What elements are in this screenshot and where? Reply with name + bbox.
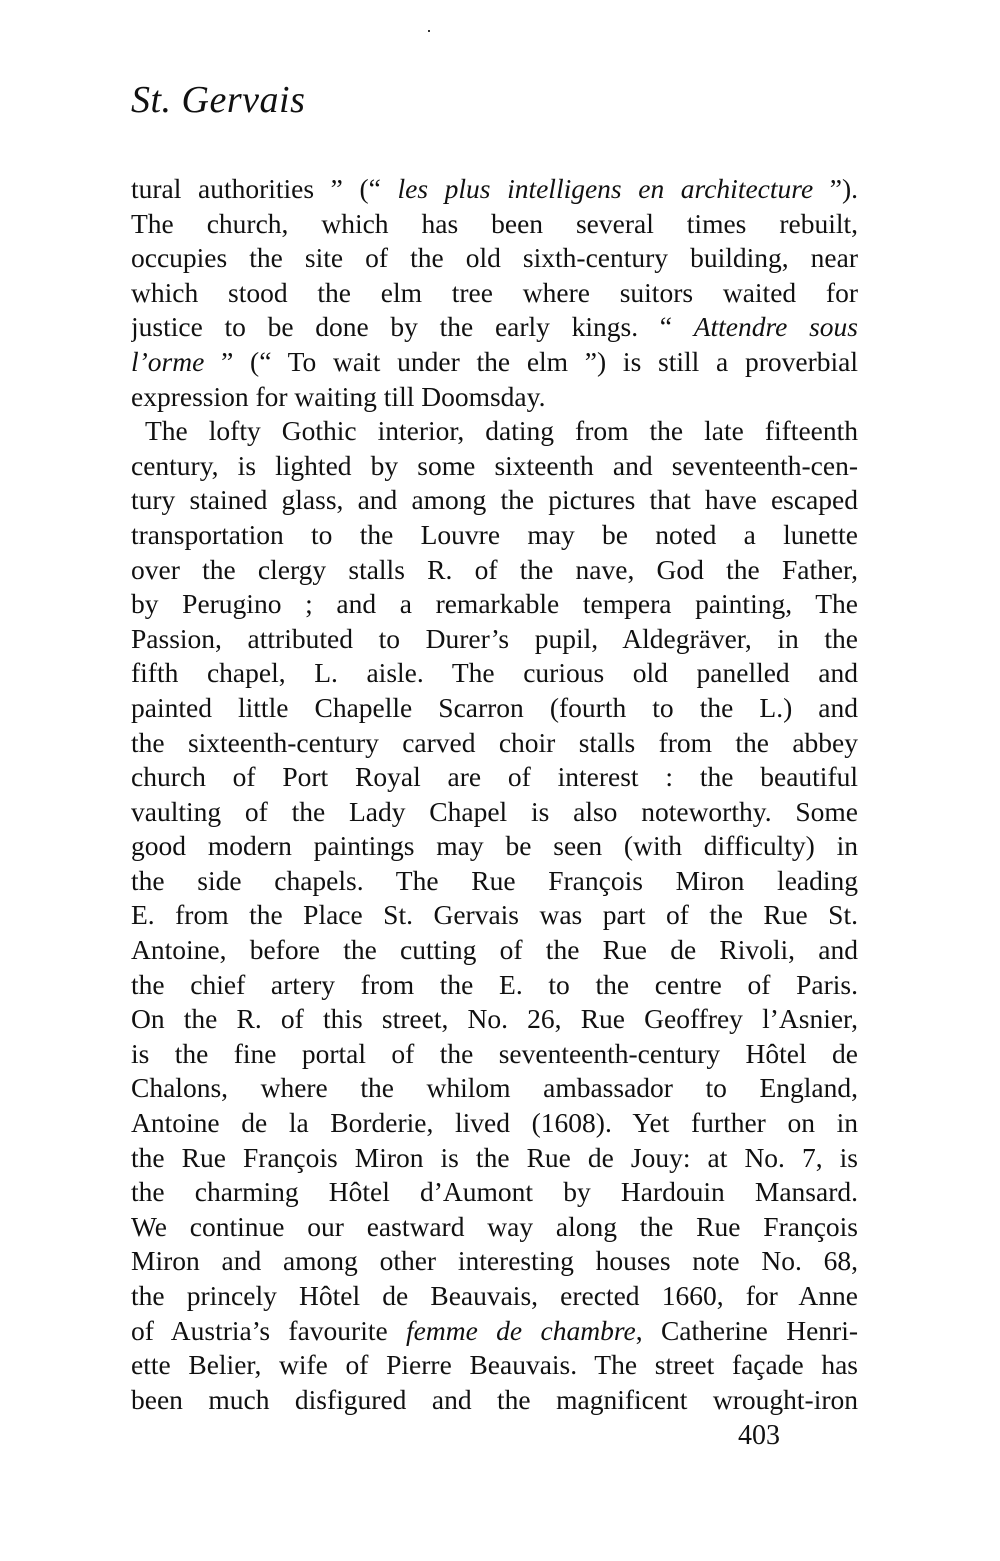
text-run: The lofty Gothic interior, dating from t… xyxy=(145,415,858,446)
text-run: is the fine portal of the seventeenth-ce… xyxy=(131,1038,858,1069)
text-run: over the clergy stalls R. of the nave, G… xyxy=(131,554,858,585)
text-run: transportation to the Louvre may be note… xyxy=(131,519,858,550)
text-line: occupies the site of the old sixth-centu… xyxy=(131,241,858,276)
text-line: transportation to the Louvre may be note… xyxy=(131,518,858,553)
text-line: Antoine de la Borderie, lived (1608). Ye… xyxy=(131,1106,858,1141)
text-line: Passion, attributed to Durer’s pupil, Al… xyxy=(131,622,858,657)
text-run: Chalons, where the whilom ambassador to … xyxy=(131,1072,858,1103)
text-line: church of Port Royal are of interest : t… xyxy=(131,760,858,795)
text-line: of Austria’s favourite femme de chambre,… xyxy=(131,1314,858,1349)
text-line: the princely Hôtel de Beauvais, erected … xyxy=(131,1279,858,1314)
text-line: l’orme ” (“ To wait under the elm ”) is … xyxy=(131,345,858,380)
text-line: good modern paintings may be seen (with … xyxy=(131,829,858,864)
text-run: church of Port Royal are of interest : t… xyxy=(131,761,858,792)
text-line: been much disfigured and the magnificent… xyxy=(131,1383,858,1418)
text-run: The church, which has been several times… xyxy=(131,208,858,239)
text-run: the Rue François Miron is the Rue de Jou… xyxy=(131,1142,858,1173)
text-line: the side chapels. The Rue François Miron… xyxy=(131,864,858,899)
text-run: On the R. of this street, No. 26, Rue Ge… xyxy=(131,1003,858,1034)
text-run: , Catherine Henri- xyxy=(636,1315,858,1346)
text-run: the charming Hôtel d’Aumont by Hardouin … xyxy=(131,1176,858,1207)
text-line: fifth chapel, L. aisle. The curious old … xyxy=(131,656,858,691)
text-run: which stood the elm tree where suitors w… xyxy=(131,277,858,308)
text-line: tural authorities ” (“ les plus intellig… xyxy=(131,172,858,207)
text-run: Antoine, before the cutting of the Rue d… xyxy=(131,934,858,965)
text-line: tury stained glass, and among the pictur… xyxy=(131,483,858,518)
text-line: which stood the elm tree where suitors w… xyxy=(131,276,858,311)
text-run: fifth chapel, L. aisle. The curious old … xyxy=(131,657,858,688)
text-run: tury stained glass, and among the pictur… xyxy=(131,484,858,515)
text-run: the sixteenth-century carved choir stall… xyxy=(131,727,858,758)
text-run: expression for waiting till Doomsday. xyxy=(131,381,545,412)
text-line: ette Belier, wife of Pierre Beauvais. Th… xyxy=(131,1348,858,1383)
text-run: of Austria’s favourite xyxy=(131,1315,406,1346)
running-head: St. Gervais xyxy=(131,78,305,122)
text-line: the chief artery from the E. to the cent… xyxy=(131,968,858,1003)
text-line: is the fine portal of the seventeenth-ce… xyxy=(131,1037,858,1072)
italic-phrase: l’orme xyxy=(131,346,204,377)
text-run: ette Belier, wife of Pierre Beauvais. Th… xyxy=(131,1349,858,1380)
scan-speck xyxy=(428,30,430,32)
text-run: painted little Chapelle Scarron (fourth … xyxy=(131,692,858,723)
text-run: occupies the site of the old sixth-centu… xyxy=(131,242,858,273)
text-run: Antoine de la Borderie, lived (1608). Ye… xyxy=(131,1107,858,1138)
italic-phrase: Attendre sous xyxy=(694,311,858,342)
text-line: the Rue François Miron is the Rue de Jou… xyxy=(131,1141,858,1176)
text-run: the princely Hôtel de Beauvais, erected … xyxy=(131,1280,858,1311)
text-line: by Perugino ; and a remarkable tempera p… xyxy=(131,587,858,622)
text-run: E. from the Place St. Gervais was part o… xyxy=(131,899,858,930)
page-number: 403 xyxy=(738,1420,780,1452)
text-line: The lofty Gothic interior, dating from t… xyxy=(131,414,858,449)
text-run: been much disfigured and the magnificent… xyxy=(131,1384,858,1415)
italic-phrase: les plus intelligens en architecture xyxy=(397,173,813,204)
text-run: justice to be done by the early kings. “ xyxy=(131,311,694,342)
text-line: Antoine, before the cutting of the Rue d… xyxy=(131,933,858,968)
text-line: over the clergy stalls R. of the nave, G… xyxy=(131,553,858,588)
text-run: ”). xyxy=(813,173,858,204)
text-line: justice to be done by the early kings. “… xyxy=(131,310,858,345)
text-run: Miron and among other interesting houses… xyxy=(131,1245,858,1276)
text-line: On the R. of this street, No. 26, Rue Ge… xyxy=(131,1002,858,1037)
text-run: the chief artery from the E. to the cent… xyxy=(131,969,858,1000)
text-run: century, is lighted by some sixteenth an… xyxy=(131,450,858,481)
text-line: century, is lighted by some sixteenth an… xyxy=(131,449,858,484)
text-line: painted little Chapelle Scarron (fourth … xyxy=(131,691,858,726)
text-run: Passion, attributed to Durer’s pupil, Al… xyxy=(131,623,858,654)
text-line: the sixteenth-century carved choir stall… xyxy=(131,726,858,761)
text-line: the charming Hôtel d’Aumont by Hardouin … xyxy=(131,1175,858,1210)
text-line: expression for waiting till Doomsday. xyxy=(131,380,858,415)
body-text: tural authorities ” (“ les plus intellig… xyxy=(131,172,858,1417)
text-line: The church, which has been several times… xyxy=(131,207,858,242)
text-line: E. from the Place St. Gervais was part o… xyxy=(131,898,858,933)
text-run: good modern paintings may be seen (with … xyxy=(131,830,858,861)
text-line: Chalons, where the whilom ambassador to … xyxy=(131,1071,858,1106)
text-line: Miron and among other interesting houses… xyxy=(131,1244,858,1279)
text-run: by Perugino ; and a remarkable tempera p… xyxy=(131,588,858,619)
text-run: ” (“ To wait under the elm ”) is still a… xyxy=(204,346,858,377)
text-run: We continue our eastward way along the R… xyxy=(131,1211,858,1242)
text-run: tural authorities ” (“ xyxy=(131,173,397,204)
text-run: vaulting of the Lady Chapel is also note… xyxy=(131,796,858,827)
text-line: We continue our eastward way along the R… xyxy=(131,1210,858,1245)
italic-phrase: femme de chambre xyxy=(406,1315,636,1346)
text-line: vaulting of the Lady Chapel is also note… xyxy=(131,795,858,830)
text-run: the side chapels. The Rue François Miron… xyxy=(131,865,858,896)
